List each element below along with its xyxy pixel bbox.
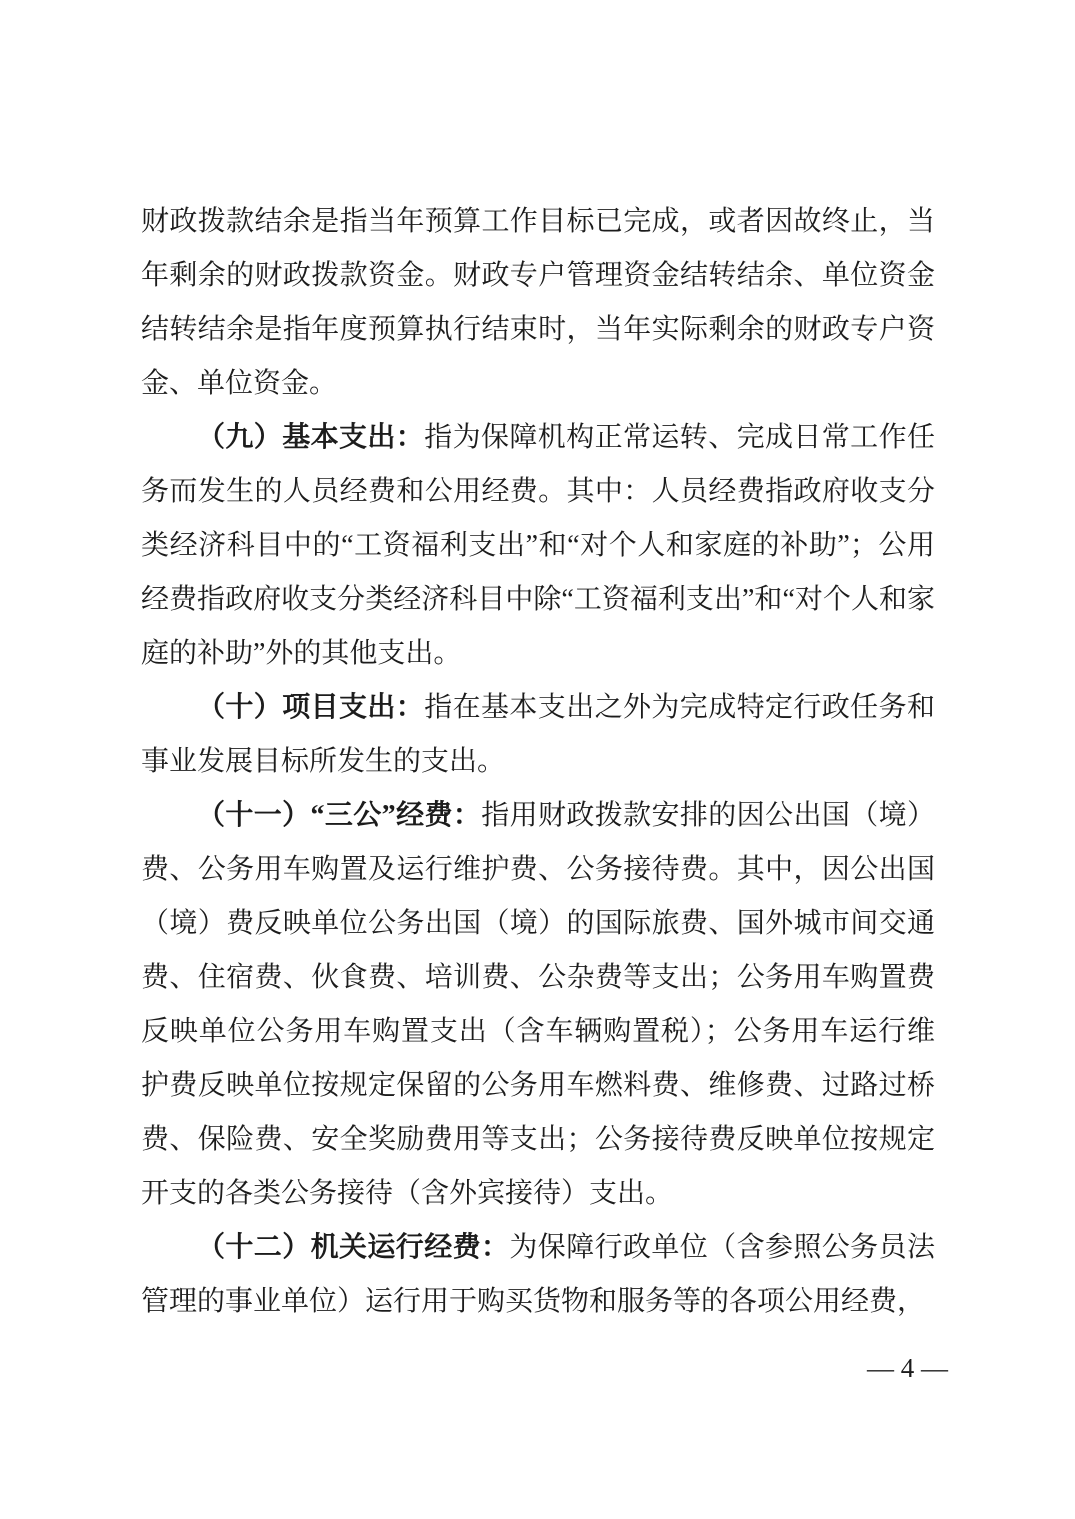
document-page: 财政拨款结余是指当年预算工作目标已完成，或者因故终止，当年剩余的财政拨款资金。财… (0, 0, 1075, 1519)
paragraph-text: 指为保障机构正常运转、完成日常工作任务而发生的人员经费和公用经费。其中：人员经费… (141, 422, 935, 669)
document-body: 财政拨款结余是指当年预算工作目标已完成，或者因故终止，当年剩余的财政拨款资金。财… (141, 195, 935, 1329)
paragraph-lead: （十）项目支出： (197, 692, 424, 723)
paragraph-text: 指用财政拨款安排的因公出国（境）费、公务用车购置及运行维护费、公务接待费。其中，… (141, 800, 935, 1209)
paragraph: （十二）机关运行经费：为保障行政单位（含参照公务员法管理的事业单位）运行用于购买… (141, 1221, 935, 1329)
paragraph: （九）基本支出：指为保障机构正常运转、完成日常工作任务而发生的人员经费和公用经费… (141, 411, 935, 681)
paragraph: （十）项目支出：指在基本支出之外为完成特定行政任务和事业发展目标所发生的支出。 (141, 681, 935, 789)
paragraph-text: 财政拨款结余是指当年预算工作目标已完成，或者因故终止，当年剩余的财政拨款资金。财… (141, 206, 935, 399)
paragraph-lead: （九）基本支出： (197, 422, 424, 453)
paragraph-lead: （十一）“三公”经费： (197, 800, 481, 831)
paragraph-lead: （十二）机关运行经费： (197, 1232, 509, 1263)
paragraph: 财政拨款结余是指当年预算工作目标已完成，或者因故终止，当年剩余的财政拨款资金。财… (141, 195, 935, 411)
paragraph: （十一）“三公”经费：指用财政拨款安排的因公出国（境）费、公务用车购置及运行维护… (141, 789, 935, 1221)
page-number: — 4 — (867, 1350, 948, 1386)
